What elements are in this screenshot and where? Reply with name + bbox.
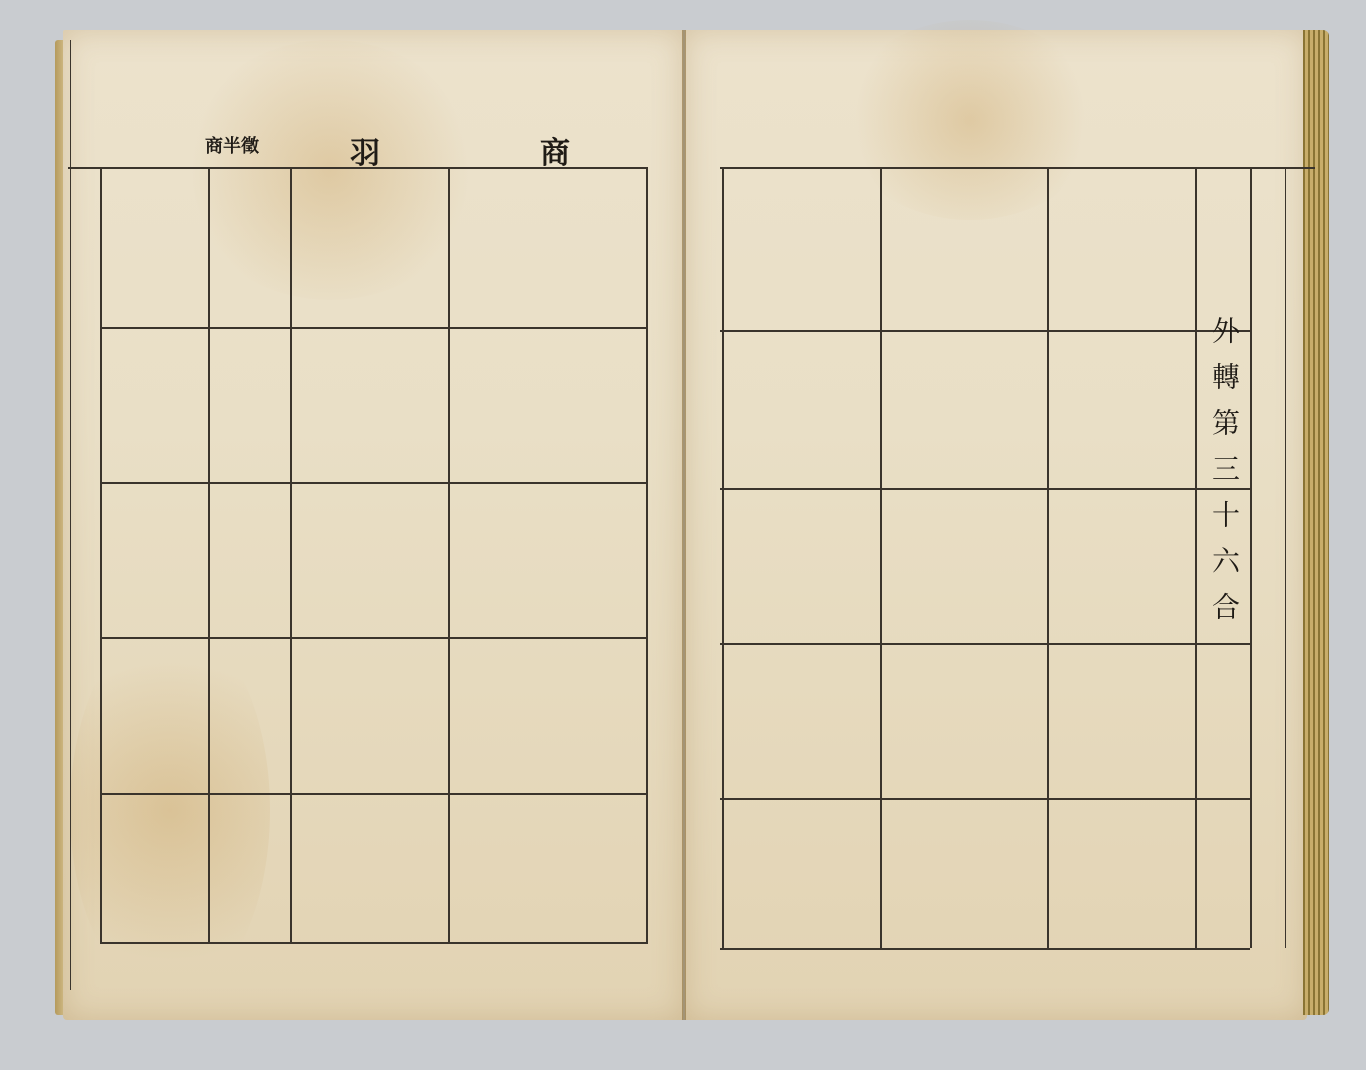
- horizontal-rule: [100, 942, 648, 944]
- horizontal-rule: [720, 330, 1250, 332]
- horizontal-rule: [720, 948, 1250, 950]
- table-title: 外轉第三十六合: [1204, 316, 1244, 638]
- vertical-rule: [70, 40, 71, 990]
- water-stain: [180, 40, 480, 300]
- vertical-rule: [1047, 167, 1049, 948]
- horizontal-rule: [720, 488, 1250, 490]
- horizontal-rule: [100, 482, 648, 484]
- book-spine: [682, 30, 686, 1020]
- vertical-rule: [722, 167, 724, 948]
- vertical-rule: [1250, 167, 1252, 948]
- horizontal-rule: [720, 643, 1250, 645]
- horizontal-rule: [720, 798, 1250, 800]
- water-stain: [840, 20, 1100, 220]
- vertical-rule: [100, 167, 102, 942]
- section-header: 商半徵: [205, 132, 259, 158]
- right-page-edge: [1303, 30, 1329, 1015]
- section-header: 商: [540, 128, 570, 172]
- vertical-rule: [880, 167, 882, 948]
- vertical-rule: [1285, 167, 1286, 948]
- horizontal-rule: [100, 637, 648, 639]
- horizontal-rule: [720, 167, 1315, 169]
- vertical-rule: [290, 167, 292, 942]
- section-header: 羽: [350, 128, 380, 172]
- vertical-rule: [208, 167, 210, 942]
- horizontal-rule: [100, 327, 648, 329]
- vertical-rule: [448, 167, 450, 942]
- vertical-rule: [646, 167, 648, 942]
- vertical-rule: [1195, 167, 1197, 948]
- horizontal-rule: [100, 793, 648, 795]
